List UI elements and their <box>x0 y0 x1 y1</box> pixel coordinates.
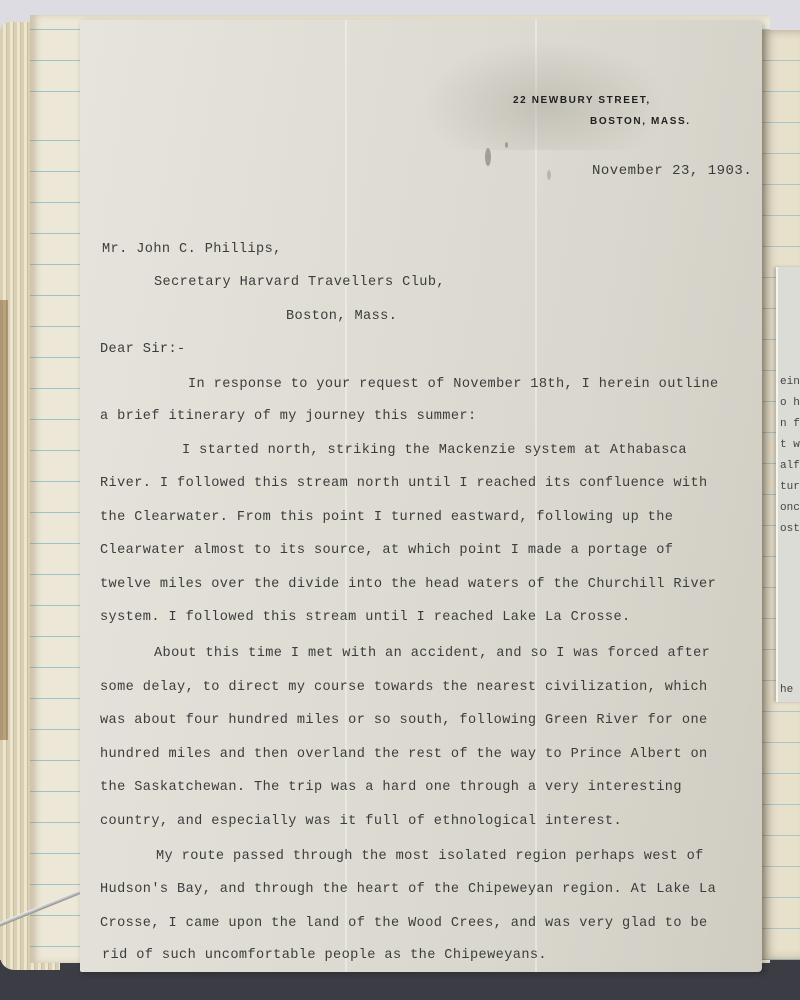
slip-fragment: alf <box>780 456 800 477</box>
typed-letter: 22 NEWBURY STREET, BOSTON, MASS. Novembe… <box>80 20 762 972</box>
book-spine-shadow <box>0 300 8 740</box>
recipient-name: Mr. John C. Phillips, <box>102 242 282 257</box>
slip-fragment: onc <box>780 498 800 519</box>
slip-fragment: he <box>780 680 800 701</box>
body-line: system. I followed this stream until I r… <box>100 610 631 625</box>
letter-date: November 23, 1903. <box>592 163 752 179</box>
body-line: Clearwater almost to its source, at whic… <box>100 543 673 558</box>
slip-fragment: n f <box>780 414 800 435</box>
paper-fold <box>535 20 537 972</box>
slip-fragment: ein <box>780 372 800 393</box>
ink-smudge <box>547 170 551 180</box>
body-line: a brief itinerary of my journey this sum… <box>100 409 477 424</box>
body-line: the Clearwater. From this point I turned… <box>100 510 673 525</box>
body-line: I started north, striking the Mackenzie … <box>182 443 687 458</box>
body-line: twelve miles over the divide into the he… <box>100 577 716 592</box>
body-line: Crosse, I came upon the land of the Wood… <box>100 916 708 931</box>
slip-fragment: t w <box>780 435 800 456</box>
body-line: River. I followed this stream north unti… <box>100 476 708 491</box>
ink-smudge <box>485 148 491 166</box>
body-line: Hudson's Bay, and through the heart of t… <box>100 882 716 897</box>
body-line: rid of such uncomfortable people as the … <box>102 948 547 963</box>
ink-smudge <box>505 142 508 148</box>
letterhead-street: 22 NEWBURY STREET, <box>513 95 651 106</box>
body-line: hundred miles and then overland the rest… <box>100 747 708 762</box>
slip-fragment: ost <box>780 519 800 540</box>
recipient-title: Secretary Harvard Travellers Club, <box>154 275 445 290</box>
salutation: Dear Sir:- <box>100 342 186 357</box>
slip-fragment: r. <box>780 701 800 702</box>
paper-fold <box>345 20 347 972</box>
body-line: In response to your request of November … <box>188 377 719 392</box>
body-line: country, and especially was it full of e… <box>100 814 622 829</box>
letterhead-city: BOSTON, MASS. <box>590 116 691 127</box>
slip-fragment: tur <box>780 477 800 498</box>
body-line: the Saskatchewan. The trip was a hard on… <box>100 780 682 795</box>
body-line: was about four hundred miles or so south… <box>100 713 708 728</box>
body-line: some delay, to direct my course towards … <box>100 680 708 695</box>
slip-fragment: o h <box>780 393 800 414</box>
body-line: About this time I met with an accident, … <box>154 646 710 661</box>
body-line: My route passed through the most isolate… <box>156 849 704 864</box>
inserted-typed-slip: ein o h n f t w alf tur onc ost he r. no… <box>776 267 800 702</box>
recipient-city: Boston, Mass. <box>286 309 397 324</box>
